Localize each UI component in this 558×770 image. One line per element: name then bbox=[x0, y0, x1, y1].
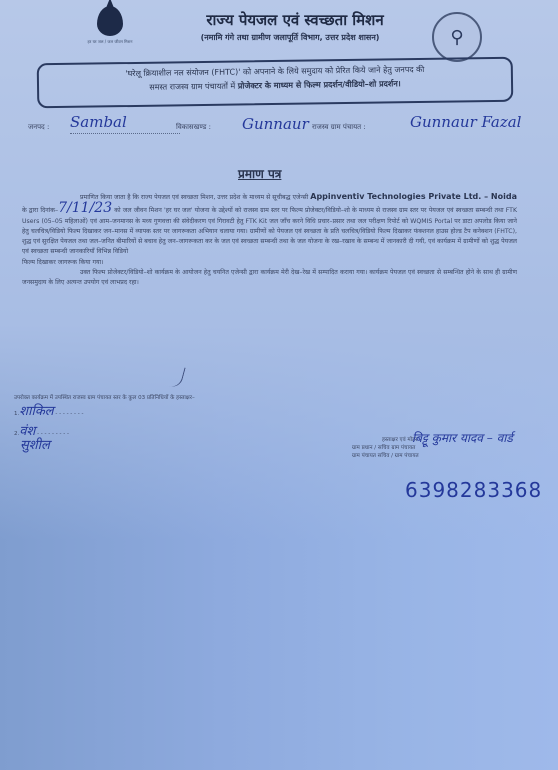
location-fields: जनपद : Sambal विकासखण्ड : Gunnaur राजस्व… bbox=[28, 117, 548, 139]
panchayat-label: राजस्व ग्राम पंचायत : bbox=[312, 123, 366, 132]
attestation-intro: उपरोक्त कार्यक्रम में उपस्थित राजस्व ग्र… bbox=[14, 394, 294, 402]
certificate-body: प्रमाणित किया जाता है कि राज्य पेयजल एवं… bbox=[22, 192, 517, 289]
phone-number: 6398283368 bbox=[405, 478, 542, 502]
pradhan-signature-block: हस्ताक्षर एवं मोहर ग्राम प्रधान / सचिव ग… bbox=[352, 436, 552, 460]
district-underline bbox=[70, 133, 180, 134]
attestation-block: उपरोक्त कार्यक्रम में उपस्थित राजस्व ग्र… bbox=[14, 394, 294, 452]
water-drop-icon bbox=[97, 6, 123, 36]
signatory-3: सुशील bbox=[14, 442, 294, 452]
signatory-1: 1.शाकिल - - - - - - - - bbox=[14, 408, 294, 418]
banner-highlight: प्रोजेक्टर के माध्यम से फिल्म प्रदर्शन/व… bbox=[238, 79, 401, 90]
district-label: जनपद : bbox=[28, 123, 49, 132]
panchayat-value: Gunnaur Fazal bbox=[410, 113, 521, 131]
signatory-2: 2.वंश - - - - - - - - - bbox=[14, 428, 294, 438]
document-title: राज्य पेयजल एवं स्वच्छता मिशन bbox=[150, 10, 440, 30]
block-value: Gunnaur bbox=[242, 115, 309, 133]
jal-jeevan-mission-logo: हर घर जल / जल जीवन मिशन bbox=[80, 6, 140, 44]
program-date: 7/11/23 bbox=[58, 200, 112, 216]
paragraph-2: उक्त फिल्म प्रोजेक्टर/विडियो–शो कार्यक्र… bbox=[22, 268, 517, 289]
district-value: Sambal bbox=[70, 113, 127, 131]
pradhan-handwritten-name: बिट्टू कुमार यादव – वार्ड bbox=[412, 434, 513, 442]
block-label: विकासखण्ड : bbox=[176, 123, 211, 132]
certificate-title: प्रमाण पत्र bbox=[238, 165, 281, 182]
logo-caption: हर घर जल / जल जीवन मिशन bbox=[80, 39, 140, 44]
program-banner: 'घरेलू क्रियाशील नल संयोजन (FHTC)' को अप… bbox=[37, 57, 514, 109]
agency-name: Appinventiv Technologies Private Ltd. – … bbox=[310, 192, 517, 201]
paragraph-1: प्रमाणित किया जाता है कि राज्य पेयजल एवं… bbox=[22, 192, 517, 268]
up-emblem-icon: ⚲ bbox=[432, 12, 482, 62]
document-subtitle: (नमामि गंगे तथा ग्रामीण जलापूर्ति विभाग,… bbox=[140, 32, 440, 43]
